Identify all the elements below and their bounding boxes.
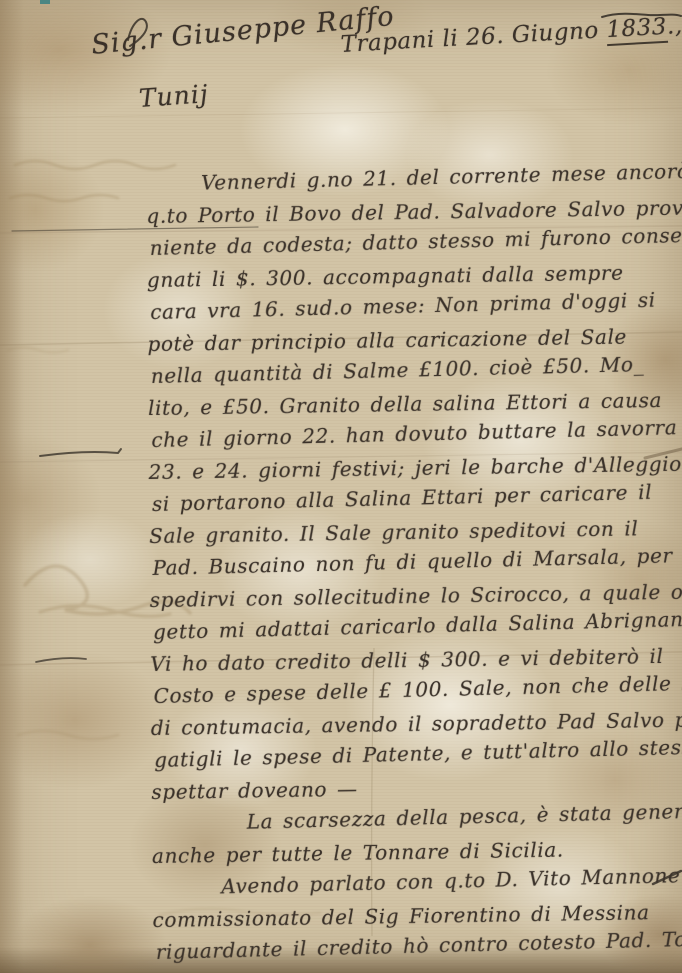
margin-dash-3 <box>36 658 86 662</box>
dateline-year: 1833 <box>606 14 668 46</box>
addressee-city: Tunij <box>138 79 209 113</box>
dateline-suffix: ., <box>666 13 682 40</box>
addressee-name: Sig.r Giuseppe Raffo <box>90 3 372 61</box>
letter-body: Vennerdi g.no 21. del corrente mese anco… <box>146 163 682 968</box>
letter-page: Sig.r Giuseppe Raffo Tunij Trapani li 26… <box>0 0 682 973</box>
margin-dash-2 <box>40 449 121 456</box>
scanner-edge-mark <box>40 0 50 4</box>
